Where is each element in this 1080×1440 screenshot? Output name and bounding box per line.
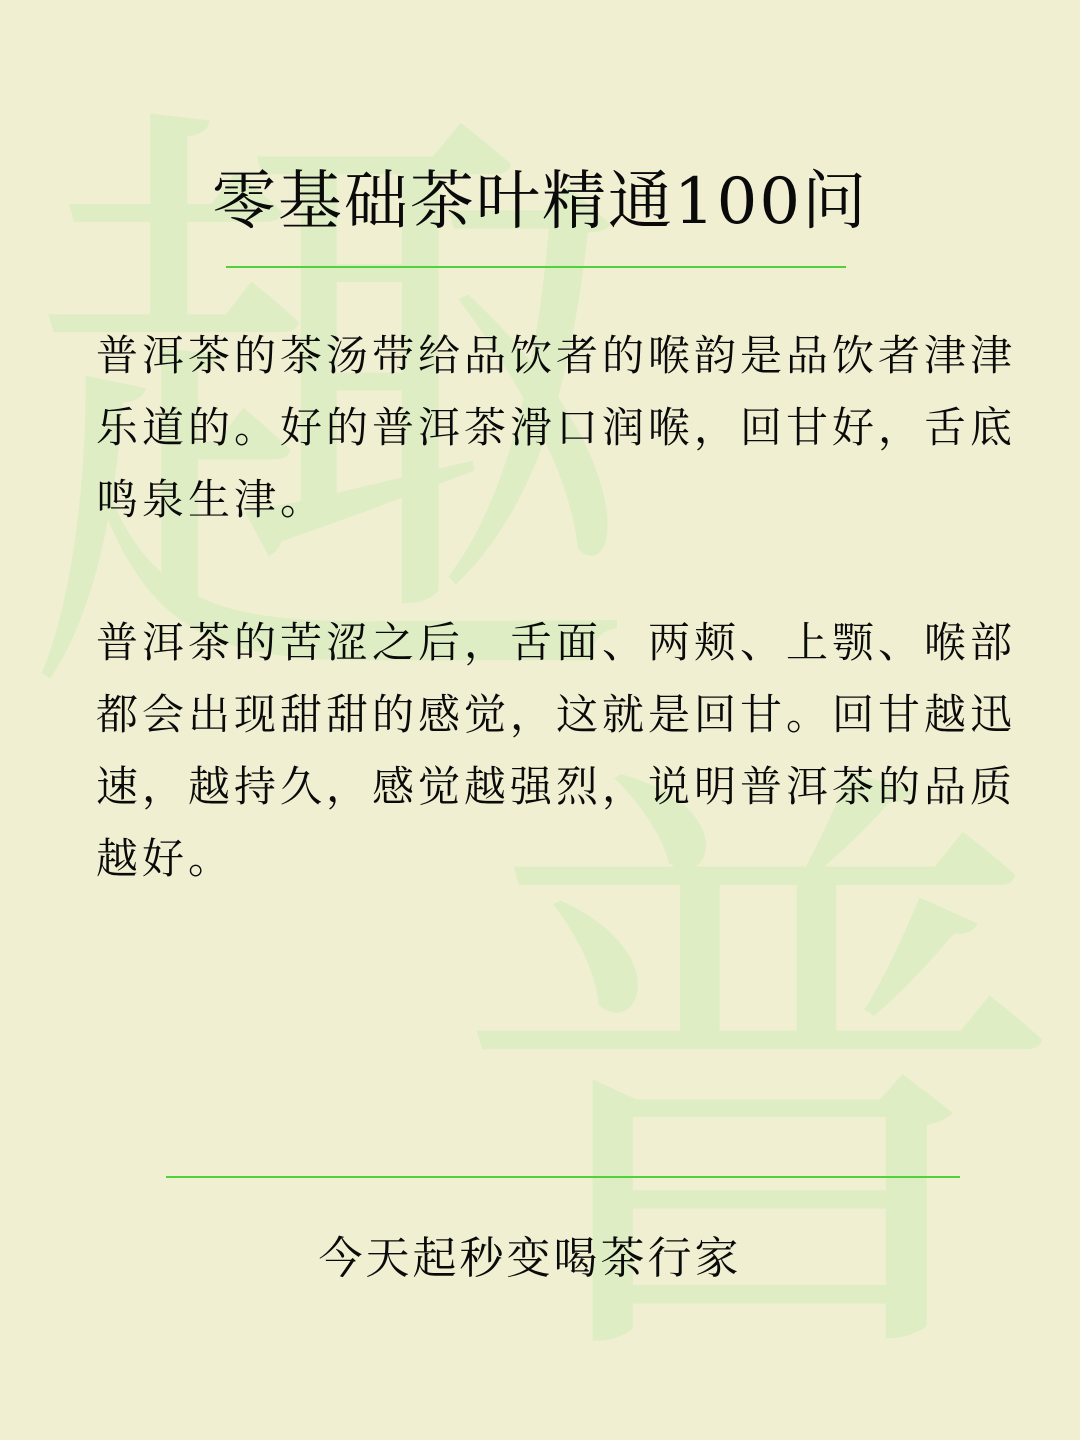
paragraph-throat-rhyme: 普洱茶的茶汤带给品饮者的喉韵是品饮者津津乐道的。好的普洱茶滑口润喉，回甘好，舌底… xyxy=(96,320,1016,536)
title-divider xyxy=(226,266,846,268)
page-title: 零基础茶叶精通100问 xyxy=(0,150,1080,242)
footer-slogan: 今天起秒变喝茶行家 xyxy=(0,1222,1060,1286)
footer-divider xyxy=(166,1176,960,1178)
paragraph-sweet-aftertaste: 普洱茶的苦涩之后，舌面、两颊、上颚、喉部都会出现甜甜的感觉，这就是回甘。回甘越迅… xyxy=(96,607,1016,895)
